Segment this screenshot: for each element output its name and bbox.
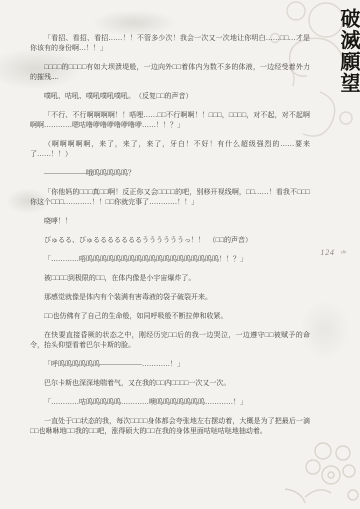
- page-number-block: 124 ❧: [320, 242, 348, 260]
- paragraph: 一直处于□□状态的我，每次□□□□身体都会夸张地左右摆动着，大概是为了把最后一滴…: [30, 416, 310, 436]
- paragraph: 「不行、不行啊啊啊啊！！唔哩……□□不行啊啊！！□□□，□□□□，对不起，对不起…: [30, 110, 310, 130]
- book-title-vertical: 破滅願望: [338, 8, 358, 94]
- paragraph: 「看招、看招、看招……！！不管多少次！我会一次又一次地让你明白……□□…才是你该…: [30, 33, 310, 53]
- page-number-leaf-icon: ❧: [339, 246, 350, 259]
- paragraph: 「…………咕呜呜呜呜呜…………噢呜呜呜呜呜呜呜…………！」: [30, 397, 310, 407]
- paragraph: ——————哦呜呜呜呜呜？: [30, 168, 310, 178]
- paragraph: □□也仿佛有了自己的生命般，如同呼吸般不断拉伸和收紧。: [30, 311, 310, 321]
- paragraph: 哓哮！！: [30, 216, 310, 226]
- paragraph: 「你他妈的□□□真□□啊！反正你又会□□□□的吧，别移开视线啊，□□……！看我不…: [30, 187, 310, 207]
- paragraph: 被□□□□到极限的□□，在体内像是小宇宙爆炸了。: [30, 273, 310, 283]
- paragraph: 「呼呜呜呜呜呜呜——————…………！」: [30, 359, 310, 369]
- paragraph: 「…………唔呜呜呜呜呜呜呜呜呜呜呜呜呜呜呜呜呜呜呜！！？」: [30, 254, 310, 264]
- paragraph: びゅるる、びゅるるるるるるるううううううっ！！ （□□的声音）: [30, 235, 310, 245]
- scanned-book-page: 破滅願望 124 ❧ 「看招、看招、看招……！！不管多少次！我会一次又一次地让你…: [0, 0, 360, 509]
- page-number: 124: [320, 247, 334, 257]
- page-text-column: 「看招、看招、看招……！！不管多少次！我会一次又一次地让你明白……□□…才是你该…: [30, 33, 310, 445]
- paragraph: （啊啊啊啊啊，来了，来了，来了，牙白！不好！有什么超级强烈的……要来了……！！）: [30, 139, 310, 159]
- paragraph: 那感觉就像是体内有个装满有害毒液的袋子破裂开来。: [30, 292, 310, 302]
- paragraph: 巴尔卡斯也深深地喘着气，又在我的□□内□□□□一次又一次。: [30, 378, 310, 388]
- paragraph: □□□□的□□□□有如大坝溃堤般，一边向外□□着体内为数不多的体液，一边经受着外…: [30, 62, 310, 82]
- paragraph: 在快要直接昏厥的状态之中，刚经历完□□后的我一边哭泣，一边遵守□□被赋予的命令，…: [30, 330, 310, 350]
- paragraph: 噗吼、咕吼、噗吼噗吼噗吼。 （反复□□的声音）: [30, 91, 310, 101]
